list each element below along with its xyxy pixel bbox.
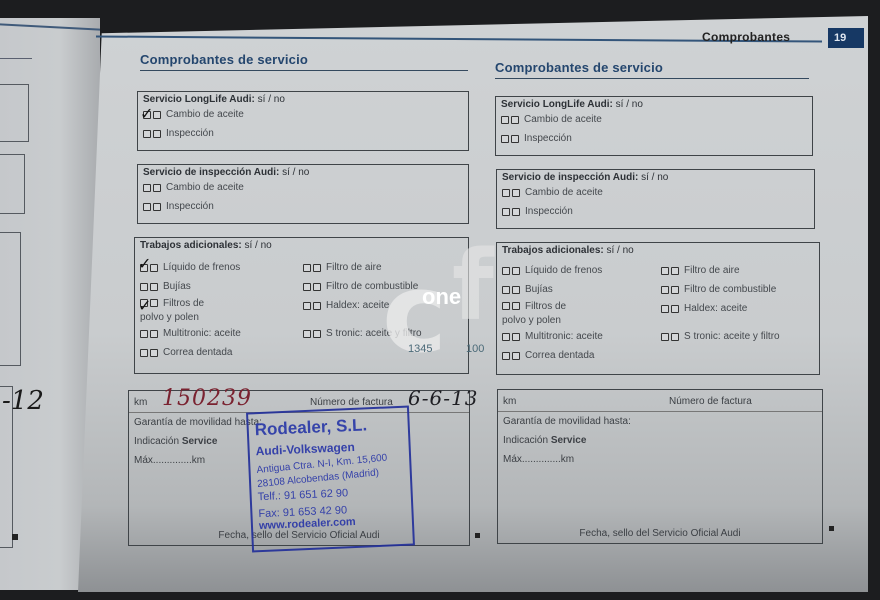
item-label: Cambio de aceite (525, 187, 603, 198)
additional-heading: Trabajos adicionales: (140, 240, 242, 251)
checkbox-pair[interactable] (140, 283, 160, 291)
item-label: Filtros de (163, 298, 204, 309)
checkbox-pair[interactable] (502, 302, 522, 310)
stamp-company: Rodealer, S.L. (254, 414, 402, 440)
inspection-service-box: Servicio de inspección Audi: sí / no Cam… (496, 169, 815, 229)
yes-no-label: sí / no (282, 167, 309, 178)
checkbox-pair[interactable] (661, 333, 681, 341)
bullet-square (829, 526, 834, 531)
mobility-warranty-label: Garantía de movilidad hasta: (134, 417, 262, 428)
yes-no-label: sí / no (616, 99, 643, 110)
item-label: Inspección (524, 133, 572, 144)
checkbox-pair[interactable] (303, 283, 323, 291)
checkbox-pair[interactable] (502, 333, 522, 341)
item-label: S tronic: aceite y filtro (684, 331, 780, 342)
item-label: Inspección (166, 201, 214, 212)
item-label: Multitronic: aceite (163, 328, 241, 339)
inspection-service-box: Servicio de inspección Audi: sí / no Cam… (137, 164, 469, 224)
additional-work-box: Trabajos adicionales: sí / no Líquido de… (496, 242, 820, 375)
longlife-service-box: Servicio LongLife Audi: sí / no Cambio d… (137, 91, 469, 151)
checkbox-pair[interactable] (143, 203, 163, 211)
item-label: Inspección (525, 206, 573, 217)
yes-no-label: sí / no (258, 94, 285, 105)
checkbox-pair[interactable] (502, 286, 522, 294)
date-stamp-label: Fecha, sello del Servicio Oficial Audi (498, 528, 822, 539)
additional-work-box (0, 232, 21, 366)
watermark-number-left: 1345 (408, 343, 432, 355)
service-column-1: Comprobantes de servicio (140, 52, 468, 71)
item-label: Cambio de aceite (166, 109, 244, 120)
checkbox-pair[interactable] (661, 305, 681, 313)
item-label: Bujías (525, 284, 553, 295)
checkbox-pair[interactable] (303, 302, 323, 310)
item-label: Líquido de frenos (163, 262, 240, 273)
section-title: Comprobantes de servicio (140, 52, 468, 67)
additional-heading: Trabajos adicionales: (502, 245, 604, 256)
yes-no-label: sí / no (245, 240, 272, 251)
item-label: Bujías (163, 281, 191, 292)
checkbox-pair[interactable] (140, 330, 160, 338)
bullet-square (475, 533, 480, 538)
item-label: Correa dentada (525, 350, 595, 361)
handwritten-invoice-value: 6-6-13 (408, 386, 478, 410)
yes-no-label: sí / no (607, 245, 634, 256)
checkbox-pair[interactable] (140, 349, 160, 357)
checkbox-pair[interactable] (502, 189, 522, 197)
longlife-heading: Servicio LongLife Audi: (143, 94, 255, 105)
watermark-text: one (422, 284, 461, 310)
section-title-rule (495, 78, 809, 79)
item-label: Multitronic: aceite (525, 331, 603, 342)
service-record-box: km Número de factura Garantía de movilid… (497, 389, 823, 544)
page-header-rule (0, 23, 100, 31)
inspection-heading: Servicio de inspección Audi: (502, 172, 638, 183)
checkbox-pair[interactable] (143, 130, 163, 138)
indication-label: Indicación (134, 436, 179, 447)
max-km-label: Máx..............km (503, 454, 574, 465)
checkbox-pair[interactable] (502, 208, 522, 216)
inspection-heading: Servicio de inspección Audi: (143, 167, 279, 178)
dealer-stamp: Rodealer, S.L. Audi-Volkswagen Antigua C… (246, 406, 415, 553)
mobility-warranty-label: Garantía de movilidad hasta: (503, 416, 631, 427)
service-column-2: Comprobantes de servicio (495, 60, 809, 79)
yes-no-label: sí / no (641, 172, 668, 183)
handwritten-checkmark-icon: ✓ (138, 296, 151, 315)
km-label: km (134, 397, 147, 408)
longlife-heading: Servicio LongLife Audi: (501, 99, 613, 110)
indication-service-label: Service (182, 436, 218, 447)
checkbox-pair[interactable] (661, 286, 681, 294)
checkbox-pair[interactable] (303, 264, 323, 272)
longlife-service-box: Servicio LongLife Audi: sí / no Cambio d… (495, 96, 813, 156)
item-label: Inspección (166, 128, 214, 139)
section-tab-label: Comprobantes (702, 30, 790, 44)
checkbox-pair[interactable] (303, 330, 323, 338)
item-label: Cambio de aceite (166, 182, 244, 193)
checkbox-pair[interactable] (143, 184, 163, 192)
item-label-continued: polvo y polen (502, 315, 561, 326)
watermark-logo: c f one 1345 100 (382, 240, 502, 360)
checkbox-pair[interactable] (502, 267, 522, 275)
km-label: km (503, 396, 516, 407)
inspection-box (0, 154, 25, 214)
item-label: Haldex: aceite (326, 300, 389, 311)
checkbox-pair[interactable] (501, 135, 521, 143)
watermark-number-right: 100 (466, 343, 484, 355)
page-number: 19 (828, 28, 864, 48)
handwritten-km-value: 150239 (162, 386, 252, 411)
checkbox-pair[interactable] (502, 352, 522, 360)
section-title-rule (0, 58, 32, 59)
item-label: Cambio de aceite (524, 114, 602, 125)
max-km-label: Máx..............km (134, 455, 205, 466)
item-label: Filtro de combustible (684, 284, 776, 295)
section-title-rule (140, 70, 468, 71)
indication-label: Indicación (503, 435, 548, 446)
invoice-number-label: Número de factura (669, 396, 752, 407)
checkbox-pair[interactable] (661, 267, 681, 275)
item-label: Haldex: aceite (684, 303, 747, 314)
checkbox-pair[interactable] (501, 116, 521, 124)
section-title: Comprobantes de servicio (495, 60, 809, 75)
item-label: Filtro de aire (326, 262, 382, 273)
handwritten-fragment: -12 (2, 386, 44, 416)
item-label: Correa dentada (163, 347, 233, 358)
longlife-box (0, 84, 29, 142)
item-label: Filtro de aire (684, 265, 740, 276)
item-label: Filtros de (525, 301, 566, 312)
bullet-square (12, 534, 18, 540)
indication-service-label: Service (551, 435, 587, 446)
handwritten-checkmark-icon: ✓ (138, 254, 151, 273)
item-label: Líquido de frenos (525, 265, 602, 276)
handwritten-checkmark-icon: ✓ (140, 104, 153, 123)
